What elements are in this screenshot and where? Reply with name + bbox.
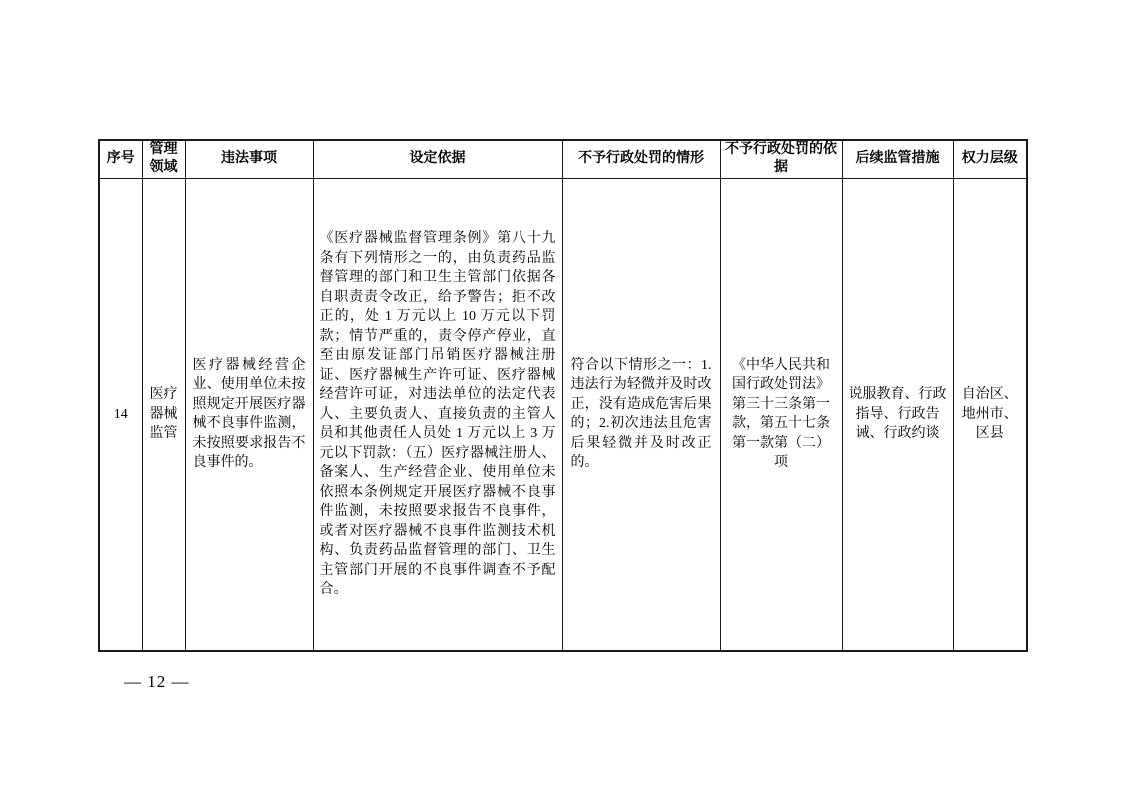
regulation-table: 序号 管理领域 违法事项 设定依据 不予行政处罚的情形 不予行政处罚的依据 后续…	[98, 139, 1028, 652]
cell-no-penalty-circumstances: 符合以下情形之一：1.违法行为轻微并及时改正，没有造成危害后果的；2.初次违法且…	[562, 178, 720, 651]
cell-setting-basis: 《医疗器械监督管理条例》第八十九条有下列情形之一的，由负责药品监督管理的部门和卫…	[313, 178, 562, 651]
cell-no-penalty-basis: 《中华人民共和国行政处罚法》第三十三条第一款，第五十七条第一款第（二）项	[720, 178, 842, 651]
header-no-penalty-basis: 不予行政处罚的依据	[720, 140, 842, 178]
header-seq: 序号	[99, 140, 142, 178]
cell-seq: 14	[99, 178, 142, 651]
table-row: 14 医疗器械监管 医疗器械经营企业、使用单位未按照规定开展医疗器械不良事件监测…	[99, 178, 1027, 651]
page-number: — 12 —	[124, 672, 190, 692]
header-followup-measures: 后续监管措施	[842, 140, 953, 178]
table-header-row: 序号 管理领域 违法事项 设定依据 不予行政处罚的情形 不予行政处罚的依据 后续…	[99, 140, 1027, 178]
cell-authority-level: 自治区、地州市、区县	[953, 178, 1027, 651]
header-violation: 违法事项	[185, 140, 313, 178]
document-page: 序号 管理领域 违法事项 设定依据 不予行政处罚的情形 不予行政处罚的依据 后续…	[0, 0, 1122, 793]
header-management-area: 管理领域	[142, 140, 185, 178]
cell-management-area: 医疗器械监管	[142, 178, 185, 651]
header-no-penalty-circumstances: 不予行政处罚的情形	[562, 140, 720, 178]
header-setting-basis: 设定依据	[313, 140, 562, 178]
cell-violation: 医疗器械经营企业、使用单位未按照规定开展医疗器械不良事件监测，未按照要求报告不良…	[185, 178, 313, 651]
header-authority-level: 权力层级	[953, 140, 1027, 178]
cell-followup-measures: 说服教育、行政指导、行政告诫、行政约谈	[842, 178, 953, 651]
